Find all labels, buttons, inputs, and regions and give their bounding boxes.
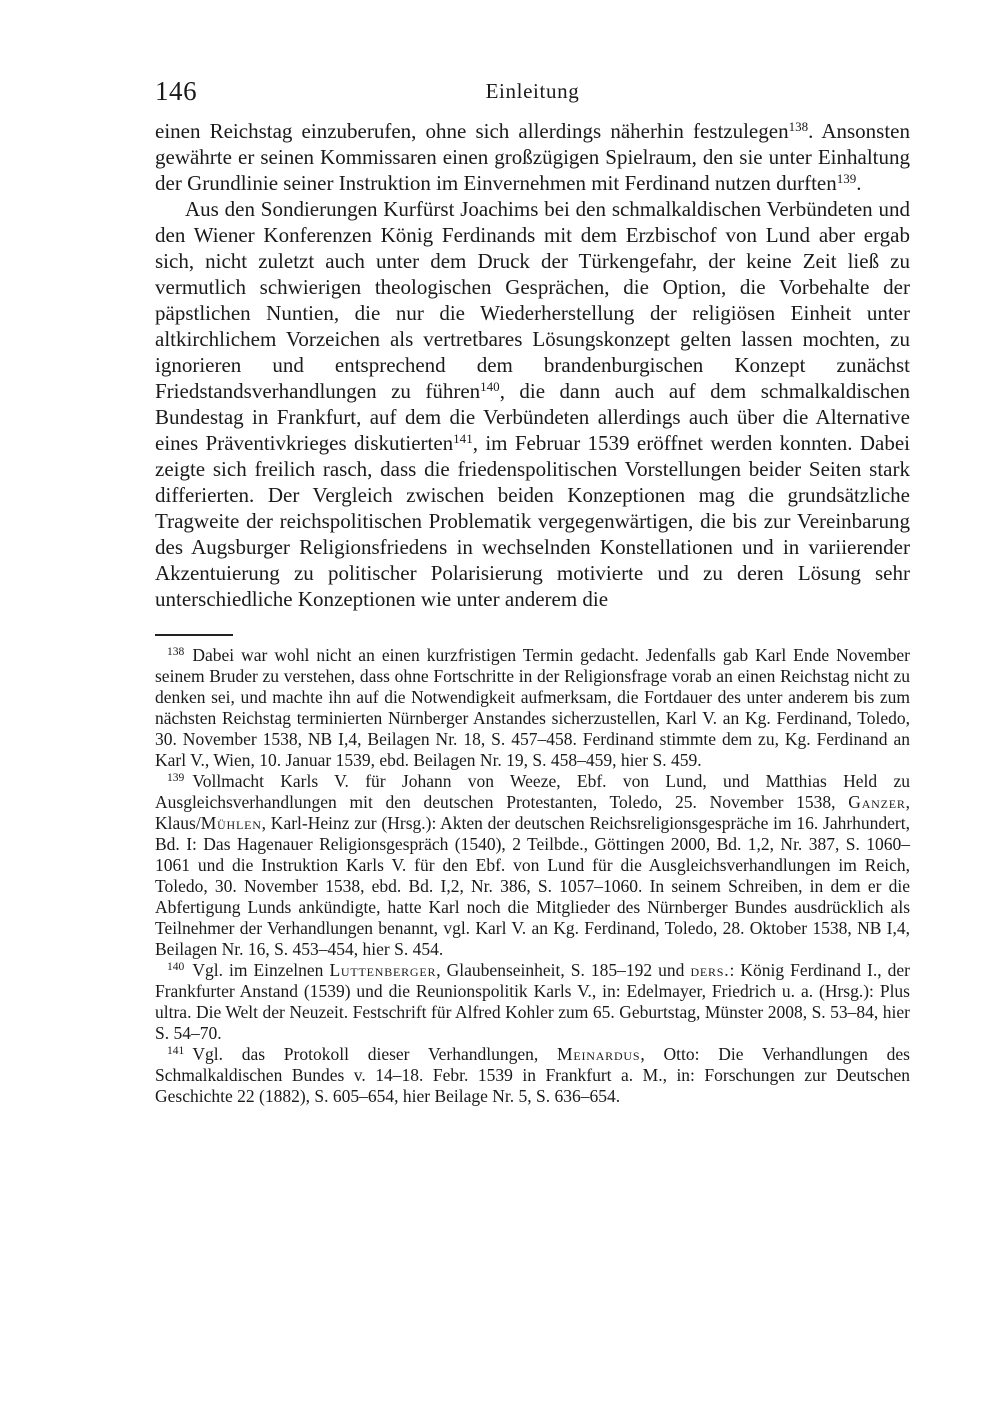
text-run: , im Februar 1539 eröffnet werden konnte… xyxy=(155,431,910,611)
footnote-ref: 141 xyxy=(453,431,473,446)
footnote-number: 138 xyxy=(167,646,184,658)
footnote-138: 138Dabei war wohl nicht an einen kurzfri… xyxy=(155,645,910,771)
small-caps-name: Ganzer xyxy=(848,792,905,812)
text-run: , Glaubenseinheit, S. 185–192 und xyxy=(436,960,690,980)
footnote-ref: 139 xyxy=(837,171,857,186)
text-run: Vgl. im Einzelnen xyxy=(192,960,329,980)
footnotes-section: 138Dabei war wohl nicht an einen kurzfri… xyxy=(155,645,910,1107)
small-caps-name: ders. xyxy=(690,960,729,980)
text-run: , Karl-Heinz zur (Hrsg.): Akten der deut… xyxy=(155,813,910,959)
footnote-number: 139 xyxy=(167,772,184,784)
running-head: Einleitung xyxy=(155,76,910,106)
book-page: 146 Einleitung einen Reichstag einzuberu… xyxy=(0,0,1004,1418)
text-run: . xyxy=(856,171,861,195)
footnote-ref: 140 xyxy=(480,379,500,394)
footnote-number: 140 xyxy=(167,961,184,973)
footnote-separator xyxy=(155,634,233,636)
footnote-ref: 138 xyxy=(789,119,809,134)
text-run: Vgl. das Protokoll dieser Verhandlungen, xyxy=(192,1044,557,1064)
text-run: einen Reichstag einzuberufen, ohne sich … xyxy=(155,119,789,143)
small-caps-name: Luttenberger xyxy=(329,960,436,980)
text-run: Vollmacht Karls V. für Johann von Weeze,… xyxy=(155,771,910,812)
footnote-number: 141 xyxy=(167,1045,184,1057)
page-number: 146 xyxy=(155,76,197,106)
page-header: 146 Einleitung xyxy=(155,76,910,106)
footnote-139: 139Vollmacht Karls V. für Johann von Wee… xyxy=(155,771,910,960)
body-paragraph: Aus den Sondierungen Kurfürst Joachims b… xyxy=(155,196,910,612)
text-run: Dabei war wohl nicht an einen kurzfristi… xyxy=(155,645,910,770)
small-caps-name: Meinardus xyxy=(557,1044,640,1064)
text-run: Aus den Sondierungen Kurfürst Joachims b… xyxy=(155,197,910,403)
body-paragraph: einen Reichstag einzuberufen, ohne sich … xyxy=(155,118,910,196)
footnote-141: 141Vgl. das Protokoll dieser Verhandlung… xyxy=(155,1044,910,1107)
small-caps-name: Mühlen xyxy=(201,813,262,833)
body-text: einen Reichstag einzuberufen, ohne sich … xyxy=(155,118,910,612)
footnote-140: 140Vgl. im Einzelnen Luttenberger, Glaub… xyxy=(155,960,910,1044)
